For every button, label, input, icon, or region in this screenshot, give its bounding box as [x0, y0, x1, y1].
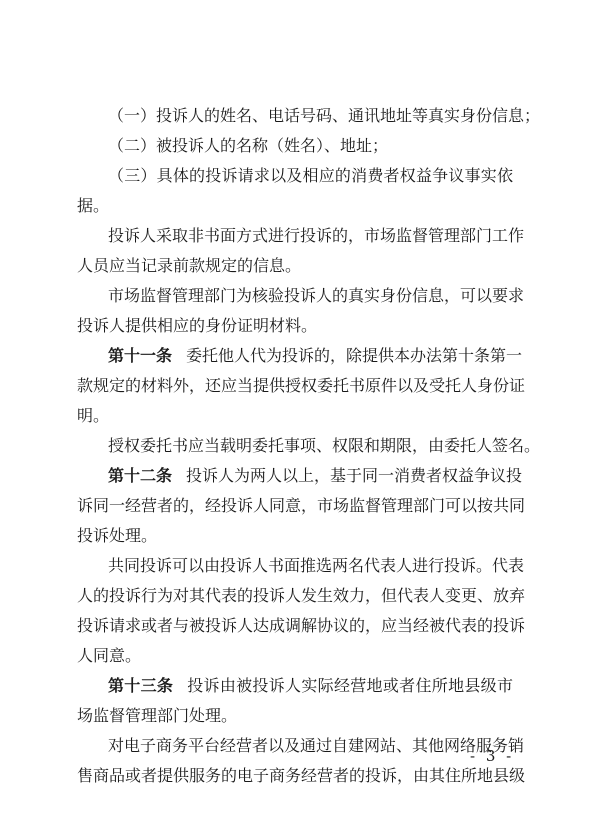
- text-line: （一）投诉人的姓名、电话号码、通讯地址等真实身份信息；: [108, 101, 513, 131]
- text-line: 诉同一经营者的，经投诉人同意，市场监督管理部门可以按共同: [77, 491, 513, 521]
- text-line: 人员应当记录前款规定的信息。: [77, 251, 513, 281]
- line-text: 共同投诉可以由投诉人书面推选两名代表人进行投诉。代表: [108, 556, 524, 575]
- article-heading: 第十一条: [108, 346, 172, 365]
- article-12-line: 第十二条投诉人为两人以上，基于同一消费者权益争议投: [108, 461, 513, 491]
- line-text: 投诉处理。: [77, 526, 157, 545]
- line-text: 人的投诉行为对其代表的投诉人发生效力，但代表人变更、放弃: [77, 586, 525, 605]
- text-line: （三）具体的投诉请求以及相应的消费者权益争议事实依: [108, 161, 513, 191]
- line-text: 投诉由被投诉人实际经营地或者住所地县级市: [187, 676, 513, 695]
- line-text: （一）投诉人的姓名、电话号码、通讯地址等真实身份信息；: [108, 106, 540, 125]
- line-text: 据。: [77, 196, 109, 215]
- text-line: 人的投诉行为对其代表的投诉人发生效力，但代表人变更、放弃: [77, 581, 513, 611]
- line-text: 投诉请求或者与被投诉人达成调解协议的，应当经被代表的投诉: [77, 616, 525, 635]
- text-line: 人同意。: [77, 641, 513, 671]
- text-line: 投诉人提供相应的身份证明材料。: [77, 311, 513, 341]
- text-line: 市场监督管理部门为核验投诉人的真实身份信息，可以要求: [108, 281, 513, 311]
- line-text: 明。: [77, 406, 109, 425]
- text-line: 对电子商务平台经营者以及通过自建网站、其他网络服务销: [108, 731, 513, 761]
- line-text: 场监督管理部门处理。: [77, 706, 237, 725]
- article-heading: 第十三条: [108, 676, 173, 695]
- line-text: 诉同一经营者的，经投诉人同意，市场监督管理部门可以按共同: [77, 496, 525, 515]
- document-page: （一）投诉人的姓名、电话号码、通讯地址等真实身份信息； （二）被投诉人的名称（姓…: [0, 0, 591, 834]
- text-line: 共同投诉可以由投诉人书面推选两名代表人进行投诉。代表: [108, 551, 513, 581]
- line-text: 市场监督管理部门为核验投诉人的真实身份信息，可以要求: [108, 286, 524, 305]
- line-text: （二）被投诉人的名称（姓名）、地址；: [108, 136, 388, 155]
- page-number: - 3 -: [470, 746, 514, 766]
- line-text: 投诉人为两人以上，基于同一消费者权益争议投: [186, 466, 522, 485]
- article-heading: 第十二条: [108, 466, 172, 485]
- text-line: 款规定的材料外，还应当提供授权委托书原件以及受托人身份证: [77, 371, 513, 401]
- text-line: 投诉处理。: [77, 521, 513, 551]
- line-text: 款规定的材料外，还应当提供授权委托书原件以及受托人身份证: [77, 376, 525, 395]
- line-text: 售商品或者提供服务的电子商务经营者的投诉，由其住所地县级: [77, 766, 525, 785]
- text-line: 场监督管理部门处理。: [77, 701, 513, 731]
- article-11-line: 第十一条委托他人代为投诉的，除提供本办法第十条第一: [108, 341, 513, 371]
- line-text: 投诉人提供相应的身份证明材料。: [77, 316, 317, 335]
- line-text: 人员应当记录前款规定的信息。: [77, 256, 301, 275]
- article-13-line: 第十三条投诉由被投诉人实际经营地或者住所地县级市: [108, 671, 513, 701]
- line-text: （三）具体的投诉请求以及相应的消费者权益争议事实依: [108, 166, 513, 185]
- text-line: 授权委托书应当载明委托事项、权限和期限，由委托人签名。: [108, 431, 513, 461]
- text-line: 明。: [77, 401, 513, 431]
- text-line: 投诉人采取非书面方式进行投诉的，市场监督管理部门工作: [108, 221, 513, 251]
- text-line: 据。: [77, 191, 513, 221]
- line-text: 对电子商务平台经营者以及通过自建网站、其他网络服务销: [108, 736, 524, 755]
- line-text: 投诉人采取非书面方式进行投诉的，市场监督管理部门工作: [108, 226, 524, 245]
- line-text: 授权委托书应当载明委托事项、权限和期限，由委托人签名。: [108, 436, 540, 455]
- line-text: 委托他人代为投诉的，除提供本办法第十条第一: [186, 346, 522, 365]
- line-text: 人同意。: [77, 646, 141, 665]
- text-line: （二）被投诉人的名称（姓名）、地址；: [108, 131, 513, 161]
- text-line: 投诉请求或者与被投诉人达成调解协议的，应当经被代表的投诉: [77, 611, 513, 641]
- text-line: 售商品或者提供服务的电子商务经营者的投诉，由其住所地县级: [77, 761, 513, 791]
